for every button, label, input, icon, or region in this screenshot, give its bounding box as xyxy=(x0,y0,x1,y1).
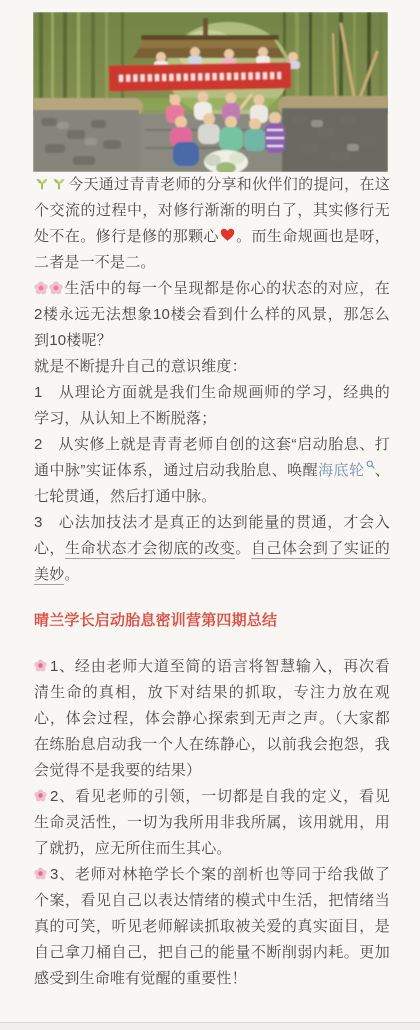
next-card-edge xyxy=(0,1023,420,1030)
dimensions-line2: 就是不断提升自己的意识维度： xyxy=(34,358,247,375)
dimensions-item1: 1 从理论方面就是我们生命规画师的学习，经典的学习，从认知上不断脱落； xyxy=(34,384,390,427)
group-photo[interactable] xyxy=(33,12,388,172)
pink-flower-icon xyxy=(49,281,63,295)
summary-item-text: 1、经由老师大道至简的语言将智慧输入，再次看清生命的真相，放下对结果的抓取，专注… xyxy=(34,658,390,779)
summary-item-text: 2、看见老师的引领，一切都是自我的定义，看见生命灵活性，一切为我所用非我所属，该… xyxy=(34,788,390,857)
group-photo-illustration xyxy=(33,12,388,172)
pink-flower-bullet-icon xyxy=(34,789,47,802)
seedling-icon xyxy=(51,175,67,191)
summary-item: 2、看见老师的引领，一切都是自我的定义，看见生命灵活性，一切为我所用非我所属，该… xyxy=(34,784,390,862)
red-banner xyxy=(109,62,291,91)
search-term-link[interactable]: 海底轮 xyxy=(318,462,364,479)
dimensions-item3-end: 。 xyxy=(64,566,79,583)
dimensions-item3-mid: 。 xyxy=(235,540,251,557)
underlined-phrase: 生命状态才会彻底的改变 xyxy=(65,540,235,559)
summary-item-text: 3、老师对林艳学长个案的剖析也等同于给我做了个案，看见自己以表达情绪的模式中生活… xyxy=(34,866,390,987)
paragraph-intro: 今天通过青青老师的分享和伙伴们的提问，在这个交流的过程中，对修行渐渐的明白了，其… xyxy=(34,172,390,276)
summary-item: 3、老师对林艳学长个案的剖析也等同于给我做了个案，看见自己以表达情绪的模式中生活… xyxy=(34,862,390,992)
seedling-icon xyxy=(34,175,50,191)
dimensions-intro: 生活中的每一个呈现都是你心的状态的对应，在2楼永远无法想象10楼会看到什么样的风… xyxy=(34,280,390,349)
pink-flower-bullet-icon xyxy=(34,659,47,672)
summary-item: 1、经由老师大道至简的语言将智慧输入，再次看清生命的真相，放下对结果的抓取，专注… xyxy=(34,654,390,784)
pink-flower-icon xyxy=(34,281,48,295)
article-page: 今天通过青青老师的分享和伙伴们的提问，在这个交流的过程中，对修行渐渐的明白了，其… xyxy=(0,0,420,1030)
search-icon[interactable] xyxy=(366,460,375,469)
summary-list: 1、经由老师大道至简的语言将智慧输入，再次看清生命的真相，放下对结果的抓取，专注… xyxy=(34,654,390,992)
pink-flower-bullet-icon xyxy=(34,867,47,880)
article-body: 今天通过青青老师的分享和伙伴们的提问，在这个交流的过程中，对修行渐渐的明白了，其… xyxy=(34,172,390,992)
section-heading: 晴兰学长启动胎息密训营第四期总结 xyxy=(34,608,390,634)
paragraph-dimensions: 生活中的每一个呈现都是你心的状态的对应，在2楼永远无法想象10楼会看到什么样的风… xyxy=(34,276,390,588)
heart-icon xyxy=(220,228,235,242)
